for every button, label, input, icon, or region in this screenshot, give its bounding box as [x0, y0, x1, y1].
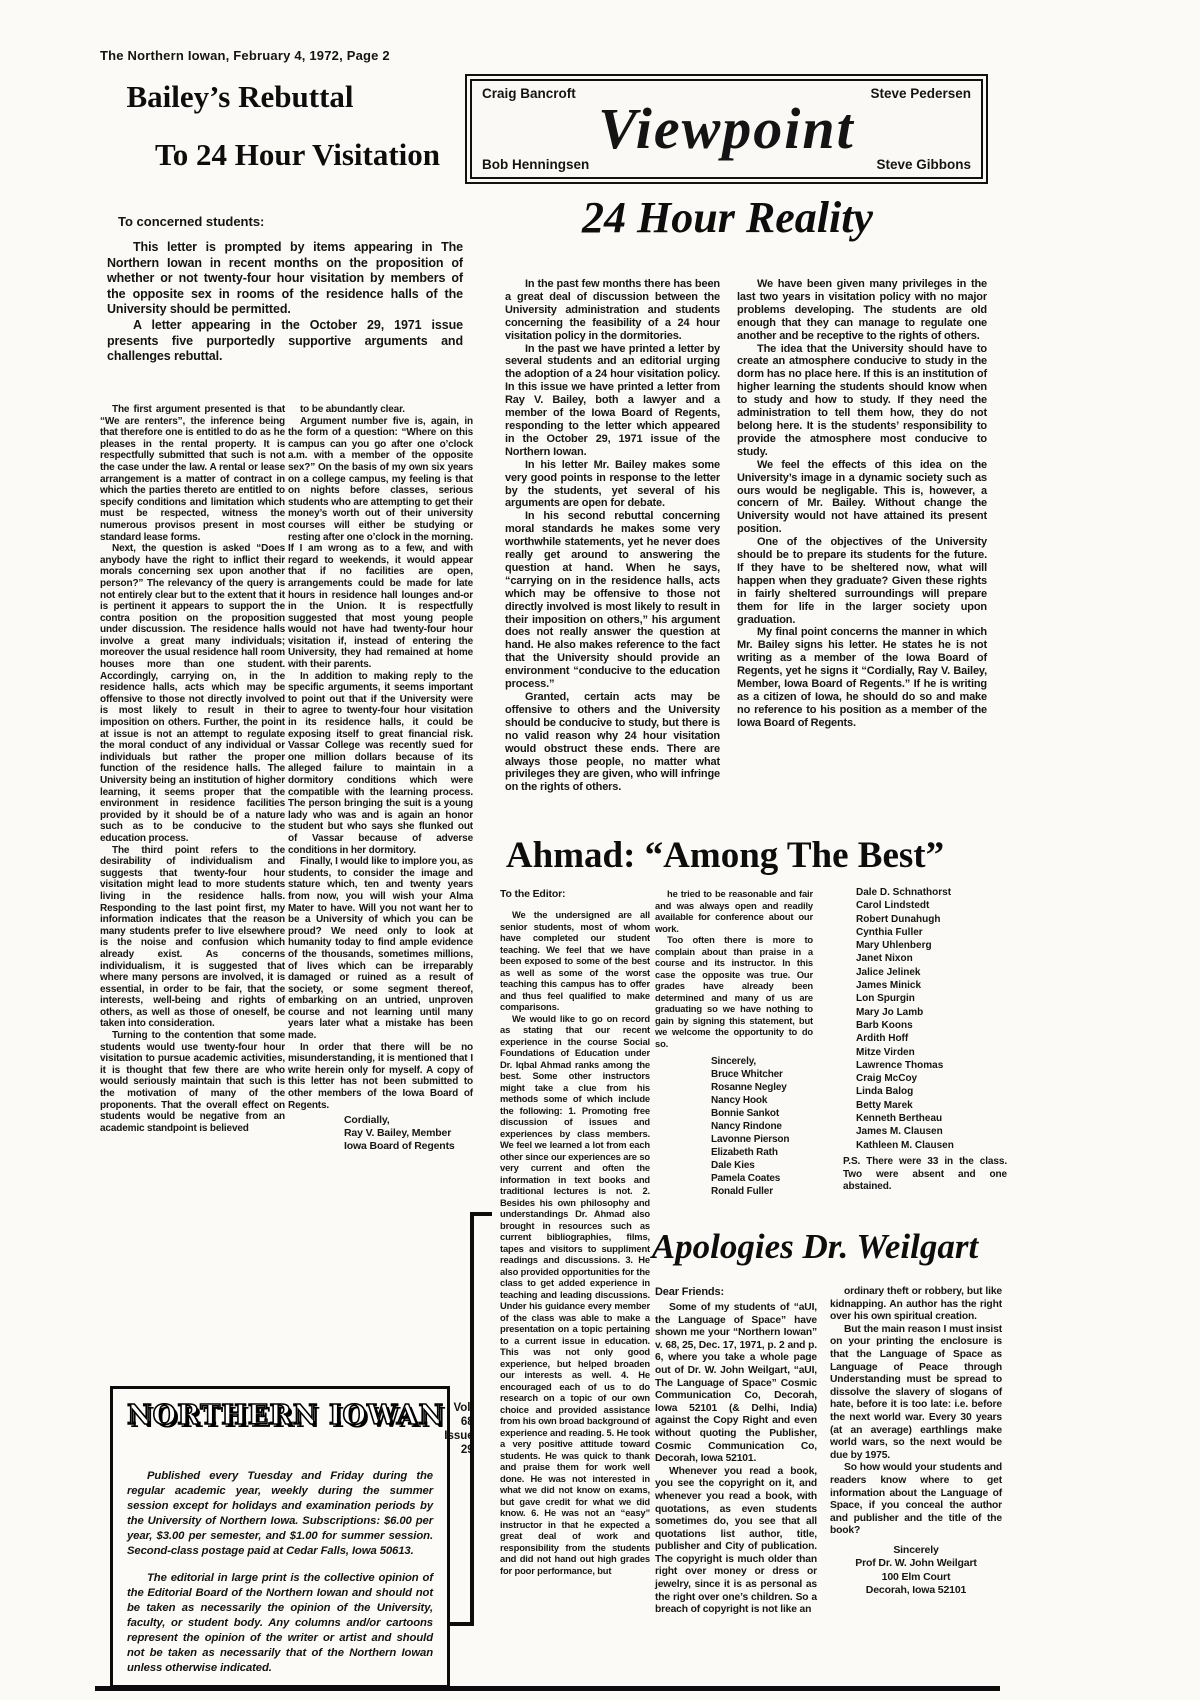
bailey-signature-line: Ray V. Bailey, Member: [344, 1127, 473, 1140]
reality-column-1: In the past few months there has been a …: [505, 278, 720, 794]
masthead-publication-info: Published every Tuesday and Friday durin…: [127, 1469, 433, 1559]
weilgart-paragraph: But the main reason I must insist on you…: [830, 1324, 1002, 1463]
bailey-intro-paragraph: This letter is prompted by items appeari…: [107, 240, 463, 318]
reality-paragraph: We have been given many privileges in th…: [737, 278, 987, 343]
weilgart-signature-line: Prof Dr. W. John Weilgart: [830, 1557, 1002, 1571]
masthead-box-header: NORTHERN IOWAN Vol. 68 Issue 29: [127, 1401, 433, 1457]
bailey-signature-line: Iowa Board of Regents: [344, 1140, 473, 1153]
ahmad-signer: Ronald Fuller: [711, 1185, 813, 1198]
column-divider-rule: [470, 1212, 474, 1626]
ahmad-column-2: he tried to be reasonable and fair and w…: [655, 888, 813, 1198]
ahmad-signer: Elizabeth Rath: [711, 1146, 813, 1159]
reality-paragraph: We feel the effects of this idea on the …: [737, 459, 987, 536]
weilgart-column-1: Dear Friends: Some of my students of “aU…: [655, 1286, 817, 1617]
ahmad-signer: Nancy Rindone: [711, 1120, 813, 1133]
ahmad-signer: Betty Marek: [856, 1099, 1006, 1112]
viewpoint-box: Craig Bancroft Steve Pedersen Viewpoint …: [465, 74, 988, 184]
ahmad-signer: Mary Uhlenberg: [856, 939, 1006, 952]
column-divider-bottom-stub: [449, 1622, 474, 1626]
ahmad-signer: Dale Kies: [711, 1159, 813, 1172]
ahmad-paragraph: We would like to go on record as stating…: [500, 1013, 650, 1577]
ahmad-title: Ahmad: “Among The Best”: [460, 836, 990, 876]
masthead-editorial-policy: The editorial in large print is the coll…: [127, 1571, 433, 1676]
ahmad-signer: Lon Spurgin: [856, 992, 1006, 1005]
reality-paragraph: My final point concerns the manner in wh…: [737, 626, 987, 729]
ahmad-signer: James M. Clausen: [856, 1125, 1006, 1138]
weilgart-signature-line: 100 Elm Court: [830, 1571, 1002, 1585]
bailey-paragraph: to be abundantly clear.: [288, 404, 473, 416]
ahmad-postscript: P.S. There were 33 in the class. Two wer…: [843, 1156, 1007, 1194]
ahmad-signer: Craig McCoy: [856, 1072, 1006, 1085]
column-divider-top-stub: [470, 1212, 492, 1216]
weilgart-signature-line: Sincerely: [830, 1544, 1002, 1558]
headline-line-1: Bailey’s Rebuttal: [95, 80, 385, 114]
ahmad-paragraph: Too often there is more to complain abou…: [655, 934, 813, 1049]
bailey-signature: Cordially,Ray V. Bailey, MemberIowa Boar…: [288, 1114, 473, 1153]
weilgart-column-2: ordinary theft or robbery, but like kidn…: [830, 1286, 1002, 1598]
ahmad-signer: Nancy Hook: [711, 1094, 813, 1107]
reality-paragraph: In his letter Mr. Bailey makes some very…: [505, 459, 720, 511]
ahmad-signer: James Minick: [856, 979, 1006, 992]
ahmad-signer: Kenneth Bertheau: [856, 1112, 1006, 1125]
reality-title: 24 Hour Reality: [465, 194, 990, 242]
northern-iowan-logo: NORTHERN IOWAN: [127, 1401, 444, 1431]
bailey-signature-line: Cordially,: [344, 1114, 473, 1127]
weilgart-signature-line: Decorah, Iowa 52101: [830, 1584, 1002, 1598]
ahmad-paragraph: We the undersigned are all senior studen…: [500, 909, 650, 1013]
ahmad-signer: Kathleen M. Clausen: [856, 1139, 1006, 1152]
bailey-paragraph: Argument number five is, again, in the f…: [288, 416, 473, 671]
bailey-headline: Bailey’s Rebuttal To 24 Hour Visitation: [95, 80, 475, 172]
ahmad-signature-list: Sincerely,Bruce WhitcherRosanne NegleyNa…: [655, 1055, 813, 1198]
weilgart-paragraph: So how would your students and readers k…: [830, 1462, 1002, 1538]
ahmad-signer: Mitze Virden: [856, 1046, 1006, 1059]
ahmad-paragraph: he tried to be reasonable and fair and w…: [655, 888, 813, 934]
bailey-paragraph: The third point refers to the desirabili…: [100, 845, 285, 1031]
ahmad-signer: Rosanne Negley: [711, 1081, 813, 1094]
ahmad-signer: Janet Nixon: [856, 952, 1006, 965]
reality-paragraph: One of the objectives of the University …: [737, 536, 987, 626]
ahmad-signer: Barb Koons: [856, 1019, 1006, 1032]
page-bottom-rule: [95, 1686, 1000, 1691]
ahmad-signer: Bonnie Sankot: [711, 1107, 813, 1120]
ahmad-signer: Cynthia Fuller: [856, 926, 1006, 939]
bailey-intro: This letter is prompted by items appeari…: [107, 240, 463, 365]
weilgart-paragraph: Some of my students of “aUI, the Languag…: [655, 1302, 817, 1466]
bailey-column-2: to be abundantly clear.Argument number f…: [288, 404, 473, 1153]
reality-paragraph: In his second rebuttal concerning moral …: [505, 510, 720, 691]
bailey-intro-paragraph: A letter appearing in the October 29, 19…: [107, 318, 463, 365]
ahmad-column-1: To the Editor: We the undersigned are al…: [500, 888, 650, 1576]
bailey-column-1: The first argument presented is that “We…: [100, 404, 285, 1134]
ahmad-signer: Sincerely,: [711, 1055, 813, 1068]
page-header: The Northern Iowan, February 4, 1972, Pa…: [100, 48, 390, 64]
weilgart-title: Apologies Dr. Weilgart: [630, 1228, 1000, 1266]
newspaper-page: The Northern Iowan, February 4, 1972, Pa…: [0, 0, 1200, 1700]
ahmad-signer: Carol Lindstedt: [856, 899, 1006, 912]
ahmad-signer: Robert Dunahugh: [856, 913, 1006, 926]
northern-iowan-masthead-box: NORTHERN IOWAN Vol. 68 Issue 29 Publishe…: [110, 1386, 450, 1688]
byline-bob-henningsen: Bob Henningsen: [482, 157, 589, 172]
ahmad-signer: Lavonne Pierson: [711, 1133, 813, 1146]
ahmad-signer: Pamela Coates: [711, 1172, 813, 1185]
weilgart-signature: SincerelyProf Dr. W. John Weilgart100 El…: [830, 1544, 1002, 1598]
ahmad-signer: Mary Jo Lamb: [856, 1006, 1006, 1019]
weilgart-salutation: Dear Friends:: [655, 1286, 817, 1298]
ahmad-signature-list-2: Dale D. SchnathorstCarol LindstedtRobert…: [856, 886, 1006, 1152]
bailey-paragraph: Turning to the contention that some stud…: [100, 1030, 285, 1134]
bailey-paragraph: Finally, I would like to implore you, as…: [288, 856, 473, 1042]
ahmad-signer: Lawrence Thomas: [856, 1059, 1006, 1072]
bailey-paragraph: The first argument presented is that “We…: [100, 404, 285, 543]
reality-paragraph: The idea that the University should have…: [737, 343, 987, 459]
viewpoint-box-inner: Craig Bancroft Steve Pedersen Viewpoint …: [470, 79, 983, 179]
bailey-paragraph: Next, the question is asked “Does anybod…: [100, 543, 285, 844]
reality-paragraph: Granted, certain acts may be offensive t…: [505, 691, 720, 794]
ahmad-salutation: To the Editor:: [500, 888, 650, 900]
bailey-paragraph: In order that there will be no misunders…: [288, 1042, 473, 1112]
reality-column-2: We have been given many privileges in th…: [737, 278, 987, 730]
ahmad-signer: Linda Balog: [856, 1085, 1006, 1098]
reality-paragraph: In the past few months there has been a …: [505, 278, 720, 343]
byline-craig-bancroft: Craig Bancroft: [482, 86, 576, 101]
ahmad-signer: Dale D. Schnathorst: [856, 886, 1006, 899]
ahmad-signer: Bruce Whitcher: [711, 1068, 813, 1081]
ahmad-signer: Ardith Hoff: [856, 1032, 1006, 1045]
weilgart-paragraph: ordinary theft or robbery, but like kidn…: [830, 1286, 1002, 1324]
headline-line-2: To 24 Hour Visitation: [120, 138, 475, 172]
bailey-paragraph: In addition to making reply to the speci…: [288, 671, 473, 857]
byline-steve-pedersen: Steve Pedersen: [870, 86, 971, 101]
weilgart-paragraph: Whenever you read a book, you see the co…: [655, 1466, 817, 1617]
byline-steve-gibbons: Steve Gibbons: [876, 157, 971, 172]
ahmad-signer: Jalice Jelinek: [856, 966, 1006, 979]
bailey-salutation: To concerned students:: [118, 214, 264, 229]
reality-paragraph: In the past we have printed a letter by …: [505, 343, 720, 459]
